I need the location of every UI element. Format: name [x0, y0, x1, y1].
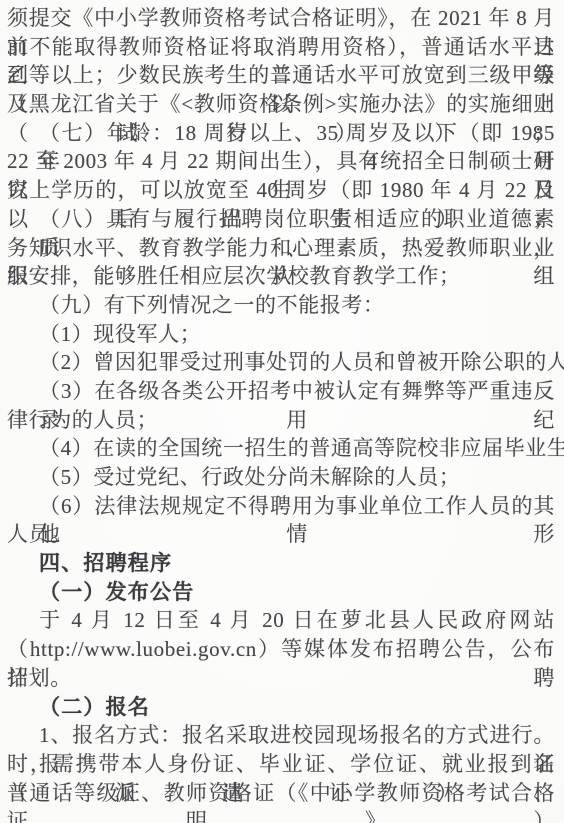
text-line: 时，需携带本人身份证、毕业证、学位证、就业报到证（派遣证）、: [7, 750, 555, 779]
text-line: （七）年龄：18 周岁以上、35 周岁及以下（即 1985 年 4 月: [7, 119, 555, 148]
text-line: （6）法律法规规定不得聘用为事业单位工作人员的其他情形: [7, 492, 555, 521]
text-line: （二）报名: [7, 693, 555, 722]
text-line: （http://www.luobei.gov.cn）等媒体发布招聘公告，公布招聘: [7, 635, 555, 664]
text-line: 乙等以上；少数民族考生的普通话水平可放宽到三级甲等及以上: [7, 61, 555, 90]
text-line: 以上学历的，可以放宽至 40 周岁（即 1980 年 4 月 22 日以后出生）…: [7, 176, 555, 205]
text-line: 普通话等级证、教师资格证（《中小学教师资格考试合格证明》）: [7, 779, 555, 808]
text-line: 务知识水平、教育教学能力和心理素质，热爱教师职业，服从组: [7, 234, 555, 263]
text-line: （4）在读的全国统一招生的普通高等院校非应届毕业生；: [7, 434, 555, 463]
text-line: 1、报名方式：报名采取进校园现场报名的方式进行。报名: [7, 721, 555, 750]
text-line: 于 4 月 12 日至 4 月 20 日在萝北县人民政府网站: [7, 606, 555, 635]
text-line: （3）在各级各类公开招考中被认定有舞弊等严重违反录用纪: [7, 377, 555, 406]
document-body: 须提交《中小学教师资格考试合格证明》，在 2021 年 8 月 31 日前不能取…: [7, 4, 555, 807]
text-line: （2）曾因犯罪受过刑事处罚的人员和曾被开除公职的人员；: [7, 348, 555, 377]
text-line: 22 至 2003 年 4 月 22 期间出生），具有统招全日制硕士研究生及: [7, 147, 555, 176]
text-line: （九）有下列情况之一的不能报考：: [7, 291, 555, 320]
text-line: 四、招聘程序: [7, 549, 555, 578]
text-line: （5）受过党纪、行政处分尚未解除的人员；: [7, 463, 555, 492]
text-line: （八）具有与履行招聘岗位职责相适应的职业道德素质、业: [7, 205, 555, 234]
scanned-document-page: 须提交《中小学教师资格考试合格证明》，在 2021 年 8 月 31 日前不能取…: [0, 0, 564, 823]
text-line: （1）现役军人；: [7, 320, 555, 349]
text-line: 前不能取得教师资格证将取消聘用资格），普通话水平达到二级: [7, 33, 555, 62]
text-line: （黑龙江省关于《<教师资格条例>实施办法》的实施细则（试行））；: [7, 90, 555, 119]
text-line: （一）发布公告: [7, 578, 555, 607]
text-line: 须提交《中小学教师资格考试合格证明》，在 2021 年 8 月 31 日: [7, 4, 555, 33]
